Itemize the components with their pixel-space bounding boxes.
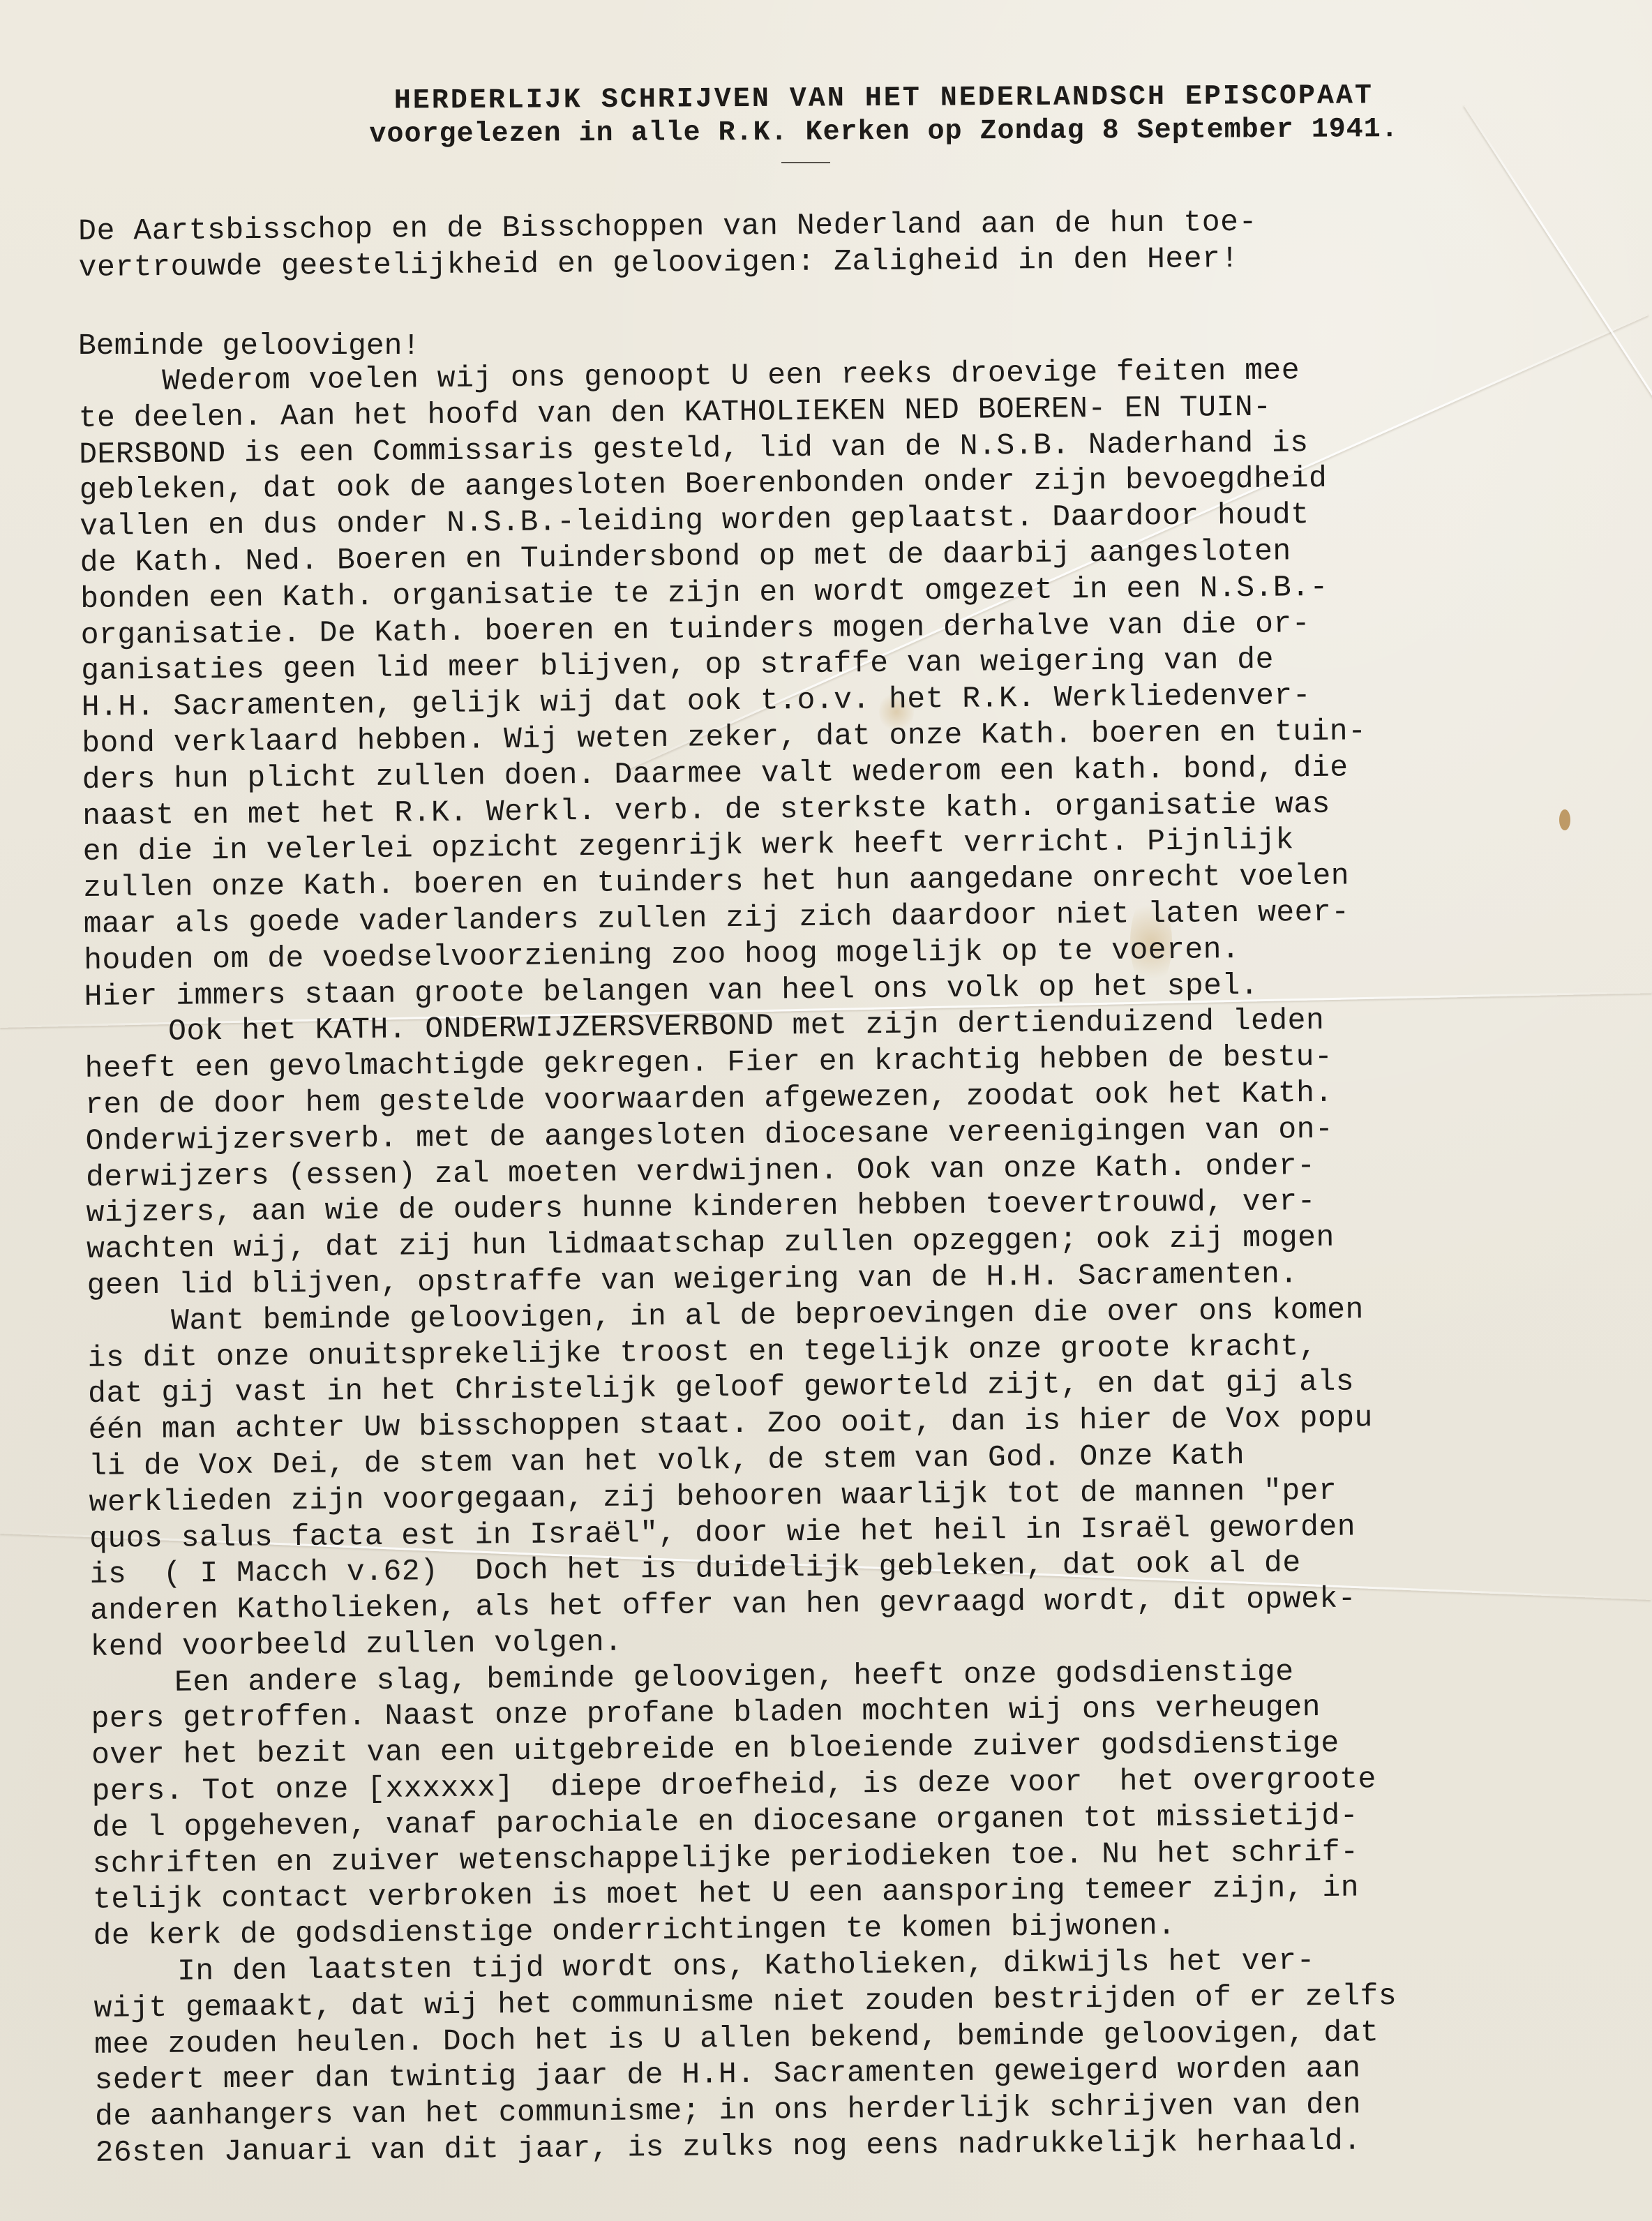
heading-divider: [781, 162, 830, 163]
paragraph-5: In den laatsten tijd wordt ons, Katholie…: [93, 1940, 1595, 2171]
typewritten-letter: HERDERLIJK SCHRIJVEN VAN HET NEDERLANDSC…: [78, 82, 1578, 2171]
letter-body: Wederom voelen wij ons genoopt U een ree…: [78, 350, 1595, 2171]
paragraph-2: Ook het KATH. ONDERWIJZERSVERBOND met zi…: [84, 1001, 1587, 1304]
paragraph-4: Een andere slag, beminde geloovigen, hee…: [91, 1651, 1593, 1954]
paragraph-1: Wederom voelen wij ons genoopt U een ree…: [78, 350, 1584, 1015]
letter-subtitle: voorgelezen in alle R.K. Kerken op Zonda…: [190, 112, 1578, 153]
paragraph-3: Want beminde geloovigen, in al de beproe…: [87, 1289, 1591, 1666]
letter-heading: HERDERLIJK SCHRIJVEN VAN HET NEDERLANDSC…: [190, 79, 1578, 153]
letter-address: De Aartsbisschop en de Bisschoppen van N…: [78, 202, 1579, 286]
